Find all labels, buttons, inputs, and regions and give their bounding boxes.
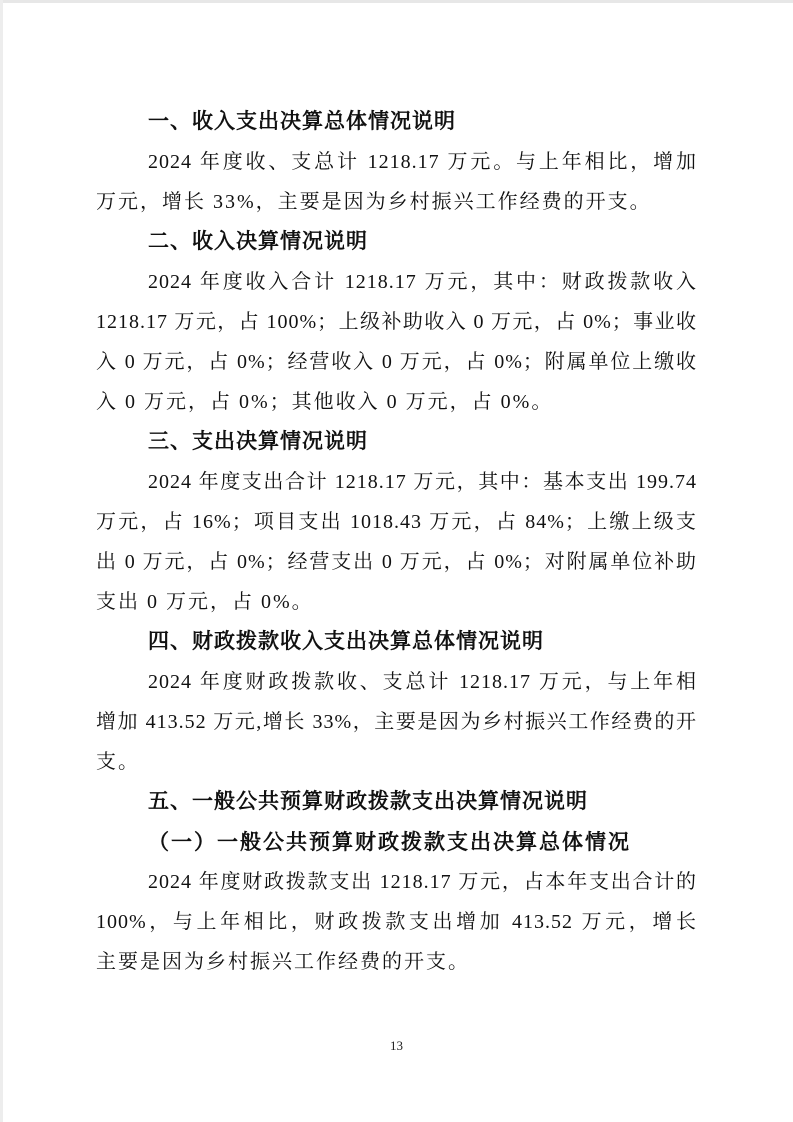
paragraph-line: 2024 年度收、支总计 1218.17 万元。与上年相比，增加 413.52: [96, 142, 697, 182]
paragraph-line: 入 0 万元，占 0%；其他收入 0 万元，占 0%。: [96, 382, 697, 422]
section-heading: 五、一般公共预算财政拨款支出决算情况说明: [96, 782, 697, 822]
section-fiscal-appropriation-overview: 四、财政拨款收入支出决算总体情况说明 2024 年度财政拨款收、支总计 1218…: [96, 622, 697, 782]
section-heading: 三、支出决算情况说明: [96, 422, 697, 462]
paragraph-line: 主要是因为乡村振兴工作经费的开支。: [96, 942, 697, 982]
page-number: 13: [0, 1036, 793, 1056]
paragraph-line: 支出 0 万元，占 0%。: [96, 582, 697, 622]
section-public-budget-expenditure: 五、一般公共预算财政拨款支出决算情况说明 （一）一般公共预算财政拨款支出决算总体…: [96, 782, 697, 982]
paragraph-line: 万元，增长 33%，主要是因为乡村振兴工作经费的开支。: [96, 182, 697, 222]
paragraph-line: 100%，与上年相比，财政拨款支出增加 413.52 万元，增长 33%，: [96, 902, 697, 942]
paragraph-line: 出 0 万元，占 0%；经营支出 0 万元，占 0%；对附属单位补助: [96, 542, 697, 582]
section-sub-heading: （一）一般公共预算财政拨款支出决算总体情况: [96, 822, 697, 862]
document-page: { "page": { "number": "13", "background_…: [0, 0, 793, 1122]
paragraph-line: 支。: [96, 742, 697, 782]
section-income-statement: 二、收入决算情况说明 2024 年度收入合计 1218.17 万元，其中：财政拨…: [96, 222, 697, 422]
section-heading: 四、财政拨款收入支出决算总体情况说明: [96, 622, 697, 662]
page-edge-top: [0, 0, 793, 3]
paragraph-line: 2024 年度财政拨款收、支总计 1218.17 万元，与上年相比，: [96, 662, 697, 702]
section-expenditure-statement: 三、支出决算情况说明 2024 年度支出合计 1218.17 万元，其中：基本支…: [96, 422, 697, 622]
paragraph-line: 1218.17 万元，占 100%；上级补助收入 0 万元，占 0%；事业收: [96, 302, 697, 342]
document-body: 一、收入支出决算总体情况说明 2024 年度收、支总计 1218.17 万元。与…: [96, 102, 697, 982]
section-heading: 二、收入决算情况说明: [96, 222, 697, 262]
paragraph-line: 入 0 万元，占 0%；经营收入 0 万元，占 0%；附属单位上缴收: [96, 342, 697, 382]
paragraph-line: 增加 413.52 万元,增长 33%，主要是因为乡村振兴工作经费的开: [96, 702, 697, 742]
paragraph-line: 2024 年度收入合计 1218.17 万元，其中：财政拨款收入: [96, 262, 697, 302]
section-heading: 一、收入支出决算总体情况说明: [96, 102, 697, 142]
paragraph-line: 2024 年度支出合计 1218.17 万元，其中：基本支出 199.74: [96, 462, 697, 502]
section-income-expenditure-overview: 一、收入支出决算总体情况说明 2024 年度收、支总计 1218.17 万元。与…: [96, 102, 697, 222]
paragraph-line: 2024 年度财政拨款支出 1218.17 万元，占本年支出合计的: [96, 862, 697, 902]
paragraph-line: 万元，占 16%；项目支出 1018.43 万元，占 84%；上缴上级支: [96, 502, 697, 542]
page-edge-left: [0, 0, 3, 1122]
